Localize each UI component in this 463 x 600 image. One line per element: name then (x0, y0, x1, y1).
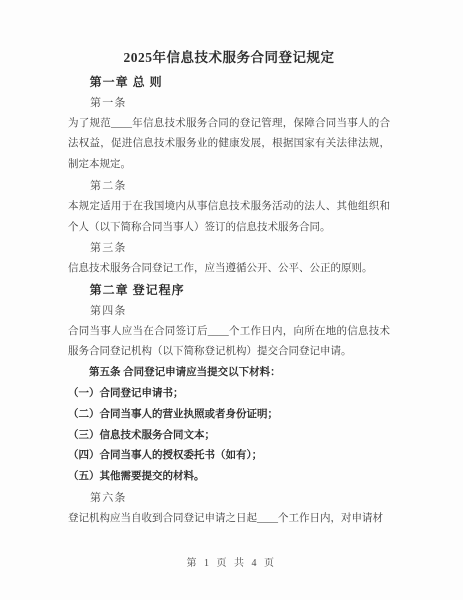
article-number: 第三条 (68, 238, 390, 259)
paragraph: 本规定适用于在我国境内从事信息技术服务活动的法人、其他组织和个人（以下简称合同当… (68, 197, 390, 239)
chapter-heading: 第一章 总 则 (68, 72, 390, 93)
list-item: （四）合同当事人的授权委托书（如有）； (68, 446, 390, 467)
article-number: 第四条 (68, 301, 390, 322)
article-clause: 第五条 合同登记申请应当提交以下材料： (68, 363, 390, 384)
page-footer: 第 1 页 共 4 页 (0, 554, 463, 569)
paragraph: 为了规范____年信息技术服务合同的登记管理，保障合同当事人的合法权益，促进信息… (68, 114, 390, 176)
paragraph: 登记机构应当自收到合同登记申请之日起____个工作日内，对申请材 (68, 509, 390, 530)
list-item: （一）合同登记申请书； (68, 384, 390, 405)
chapter-heading: 第二章 登记程序 (68, 280, 390, 301)
list-item: （五）其他需要提交的材料。 (68, 467, 390, 488)
paragraph: 信息技术服务合同登记工作，应当遵循公开、公平、公正的原则。 (68, 259, 390, 280)
page-indicator: 第 1 页 共 4 页 (187, 558, 277, 569)
document-title: 2025年信息技术服务合同登记规定 (68, 48, 390, 68)
article-number: 第六条 (68, 488, 390, 509)
article-number: 第一条 (68, 93, 390, 114)
paragraph: 合同当事人应当在合同签订后____个工作日内，向所在地的信息技术服务合同登记机构… (68, 322, 390, 364)
document-body: 第一章 总 则第一条为了规范____年信息技术服务合同的登记管理，保障合同当事人… (68, 72, 390, 530)
document-page: 2025年信息技术服务合同登记规定 第一章 总 则第一条为了规范____年信息技… (0, 0, 463, 600)
list-item: （三）信息技术服务合同文本； (68, 426, 390, 447)
article-number: 第二条 (68, 176, 390, 197)
list-item: （二）合同当事人的营业执照或者身份证明； (68, 405, 390, 426)
